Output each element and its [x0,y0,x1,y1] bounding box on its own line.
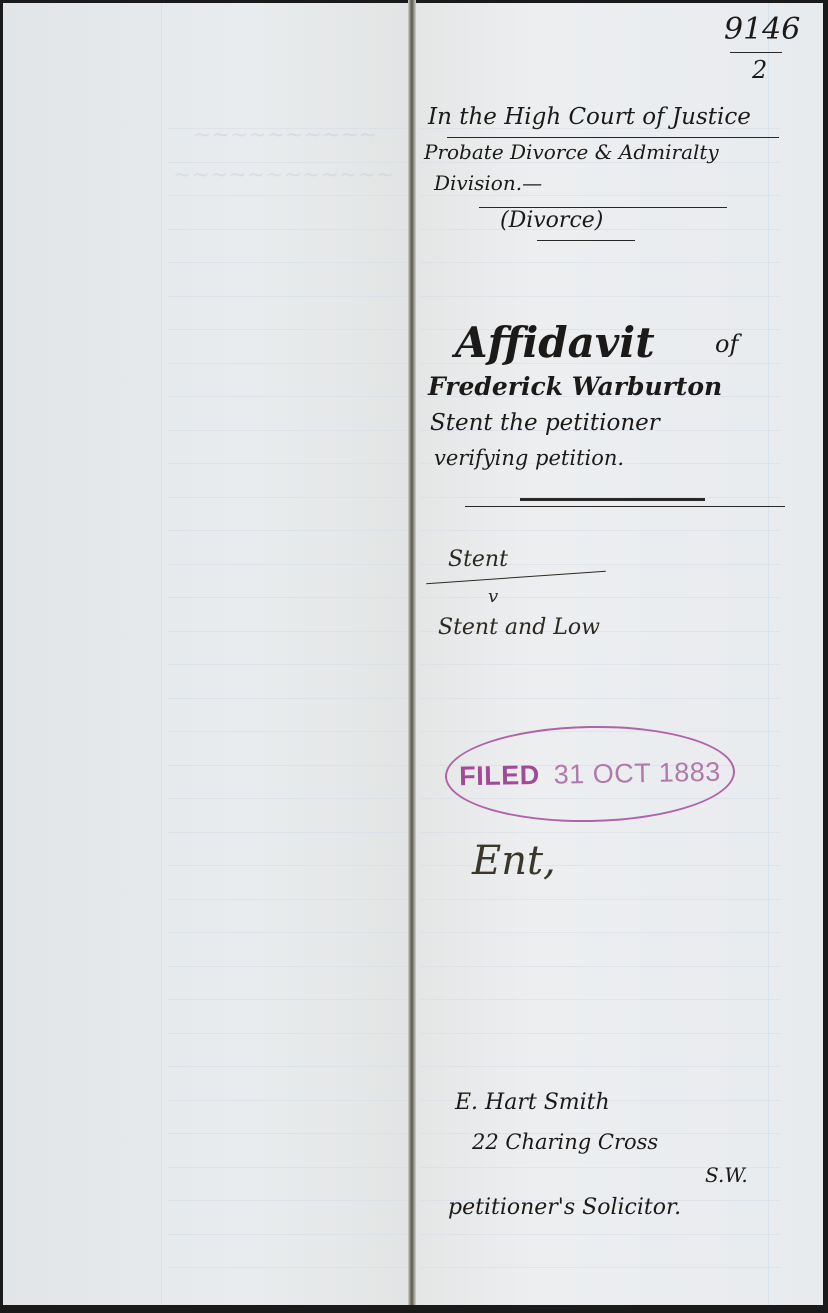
ruled-line [420,296,780,297]
ruled-line [168,530,408,531]
ruled-line [420,698,780,699]
ruled-line [168,631,408,632]
ruled-line [168,463,408,464]
ruled-line [168,765,408,766]
margin-line [161,3,162,1305]
ruled-line [168,1066,408,1067]
ruled-line [168,731,408,732]
ruled-line [420,262,780,263]
margin-line [768,3,769,1305]
ruled-line [168,1200,408,1201]
entered-annotation: Ent, [472,838,556,884]
reference-divider [730,52,782,53]
ruled-line [168,899,408,900]
court-line-4: (Divorce) [500,208,603,233]
ruled-line [420,966,780,967]
ruled-line [168,497,408,498]
solicitor-name: E. Hart Smith [455,1090,610,1115]
affidavit-line-4: verifying petition. [434,446,624,470]
ruled-line [420,195,780,196]
ruled-line [168,128,408,129]
ruled-line [168,229,408,230]
ruled-line [420,1033,780,1034]
ruled-line [168,1100,408,1101]
ruled-line [168,1033,408,1034]
court-line-1: In the High Court of Justice [428,104,751,130]
affidavit-line-2: Frederick Warburton [428,372,722,401]
bleed-through-text: ~~~~~~~~~~~~ [173,163,394,188]
solicitor-district: S.W. [705,1163,748,1187]
stamp-label: FILED [459,759,540,791]
bleed-through-text: ~~~~~~~~~~ [193,123,377,148]
court-underline [447,137,779,138]
title-rule [465,506,785,507]
ruled-line [420,530,780,531]
ruled-line [168,932,408,933]
ruled-line [420,1267,780,1268]
case-petitioner: Stent [448,547,508,572]
reference-number: 9146 [724,12,800,47]
ruled-line [168,798,408,799]
ruled-line [420,664,780,665]
solicitor-address: 22 Charing Cross [472,1130,658,1154]
divorce-underline [537,240,635,241]
ruled-line [168,832,408,833]
case-versus: v [488,586,498,607]
ruled-line [420,832,780,833]
ruled-line [420,932,780,933]
ruled-line [168,262,408,263]
ruled-line [168,865,408,866]
ruled-line [168,1133,408,1134]
ruled-line [168,296,408,297]
ruled-line [168,329,408,330]
ruled-line [168,1234,408,1235]
book-spine [408,0,416,1305]
ruled-line [420,597,780,598]
ruled-line [168,162,408,163]
case-respondents: Stent and Low [438,615,600,640]
ruled-line [168,1267,408,1268]
court-line-3: Division.— [434,171,542,195]
ruled-line [420,899,780,900]
ruled-line [168,698,408,699]
solicitor-role: petitioner's Solicitor. [448,1195,681,1220]
ruled-line [420,1234,780,1235]
ruled-line [168,966,408,967]
ruled-line [168,597,408,598]
court-line-2: Probate Divorce & Admiralty [424,140,719,164]
ruled-line [420,1066,780,1067]
left-page: ~~~~~~~~~~ ~~~~~~~~~~~~ [3,3,413,1305]
affidavit-heading: Affidavit [455,318,655,367]
ruled-line [168,195,408,196]
affidavit-of: of [715,330,738,358]
ruled-line [168,396,408,397]
affidavit-line-3: Stent the petitioner [430,410,660,436]
ruled-line [168,430,408,431]
ruled-line [168,1167,408,1168]
ruled-line [168,564,408,565]
ruled-line [168,664,408,665]
ruled-line [168,999,408,1000]
reference-sub: 2 [752,56,767,84]
ruled-line [420,999,780,1000]
title-thick-rule [520,498,705,501]
ruled-line [168,363,408,364]
stamp-date: 31 OCT 1883 [553,756,721,790]
